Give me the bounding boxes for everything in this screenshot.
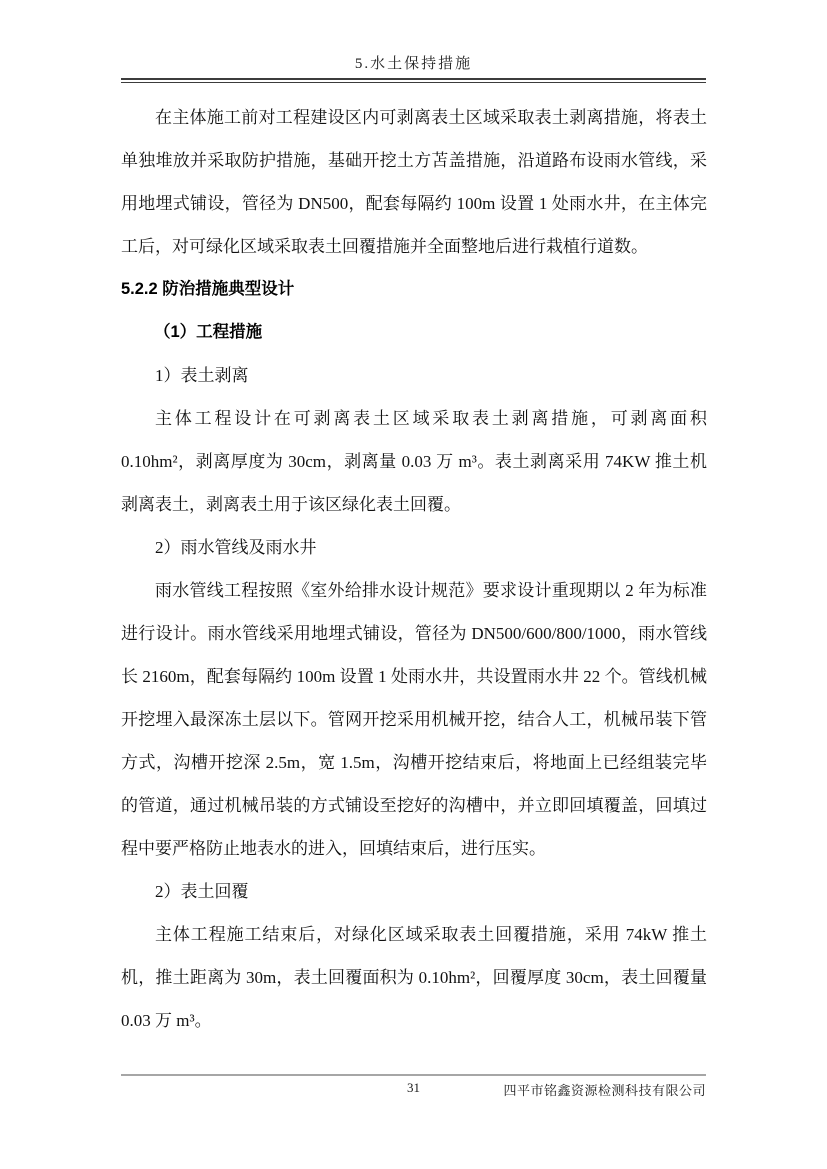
list-item-topsoil-stripping: 1）表土剥离 <box>121 354 707 397</box>
paragraph-topsoil-recover: 主体工程施工结束后，对绿化区域采取表土回覆措施，采用 74kW 推土机，推土距离… <box>121 913 707 1042</box>
footer-company-name: 四平市铭鑫资源检测科技有限公司 <box>503 1080 706 1099</box>
subsection-heading-engineering-measures: （1）工程措施 <box>121 311 707 354</box>
list-item-rainwater-pipeline: 2）雨水管线及雨水井 <box>121 526 707 569</box>
section-heading-5-2-2: 5.2.2 防治措施典型设计 <box>121 268 707 311</box>
paragraph-intro: 在主体施工前对工程建设区内可剥离表土区域采取表土剥离措施，将表土单独堆放并采取防… <box>121 96 707 268</box>
document-body: 在主体施工前对工程建设区内可剥离表土区域采取表土剥离措施，将表土单独堆放并采取防… <box>121 96 707 1042</box>
page-footer: 31 四平市铭鑫资源检测科技有限公司 <box>121 1074 706 1098</box>
footer-row: 31 四平市铭鑫资源检测科技有限公司 <box>121 1080 706 1098</box>
footer-rule <box>121 1074 706 1076</box>
paragraph-rainwater-pipeline: 雨水管线工程按照《室外给排水设计规范》要求设计重现期以 2 年为标准进行设计。雨… <box>121 569 707 870</box>
document-page: 5.水土保持措施 在主体施工前对工程建设区内可剥离表土区域采取表土剥离措施，将表… <box>0 0 827 1169</box>
header-title: 5.水土保持措施 <box>121 52 706 73</box>
header-double-rule <box>121 78 706 83</box>
list-item-topsoil-recover: 2）表土回覆 <box>121 870 707 913</box>
page-header: 5.水土保持措施 <box>121 0 706 83</box>
paragraph-topsoil-stripping: 主体工程设计在可剥离表土区域采取表土剥离措施，可剥离面积 0.10hm²，剥离厚… <box>121 397 707 526</box>
